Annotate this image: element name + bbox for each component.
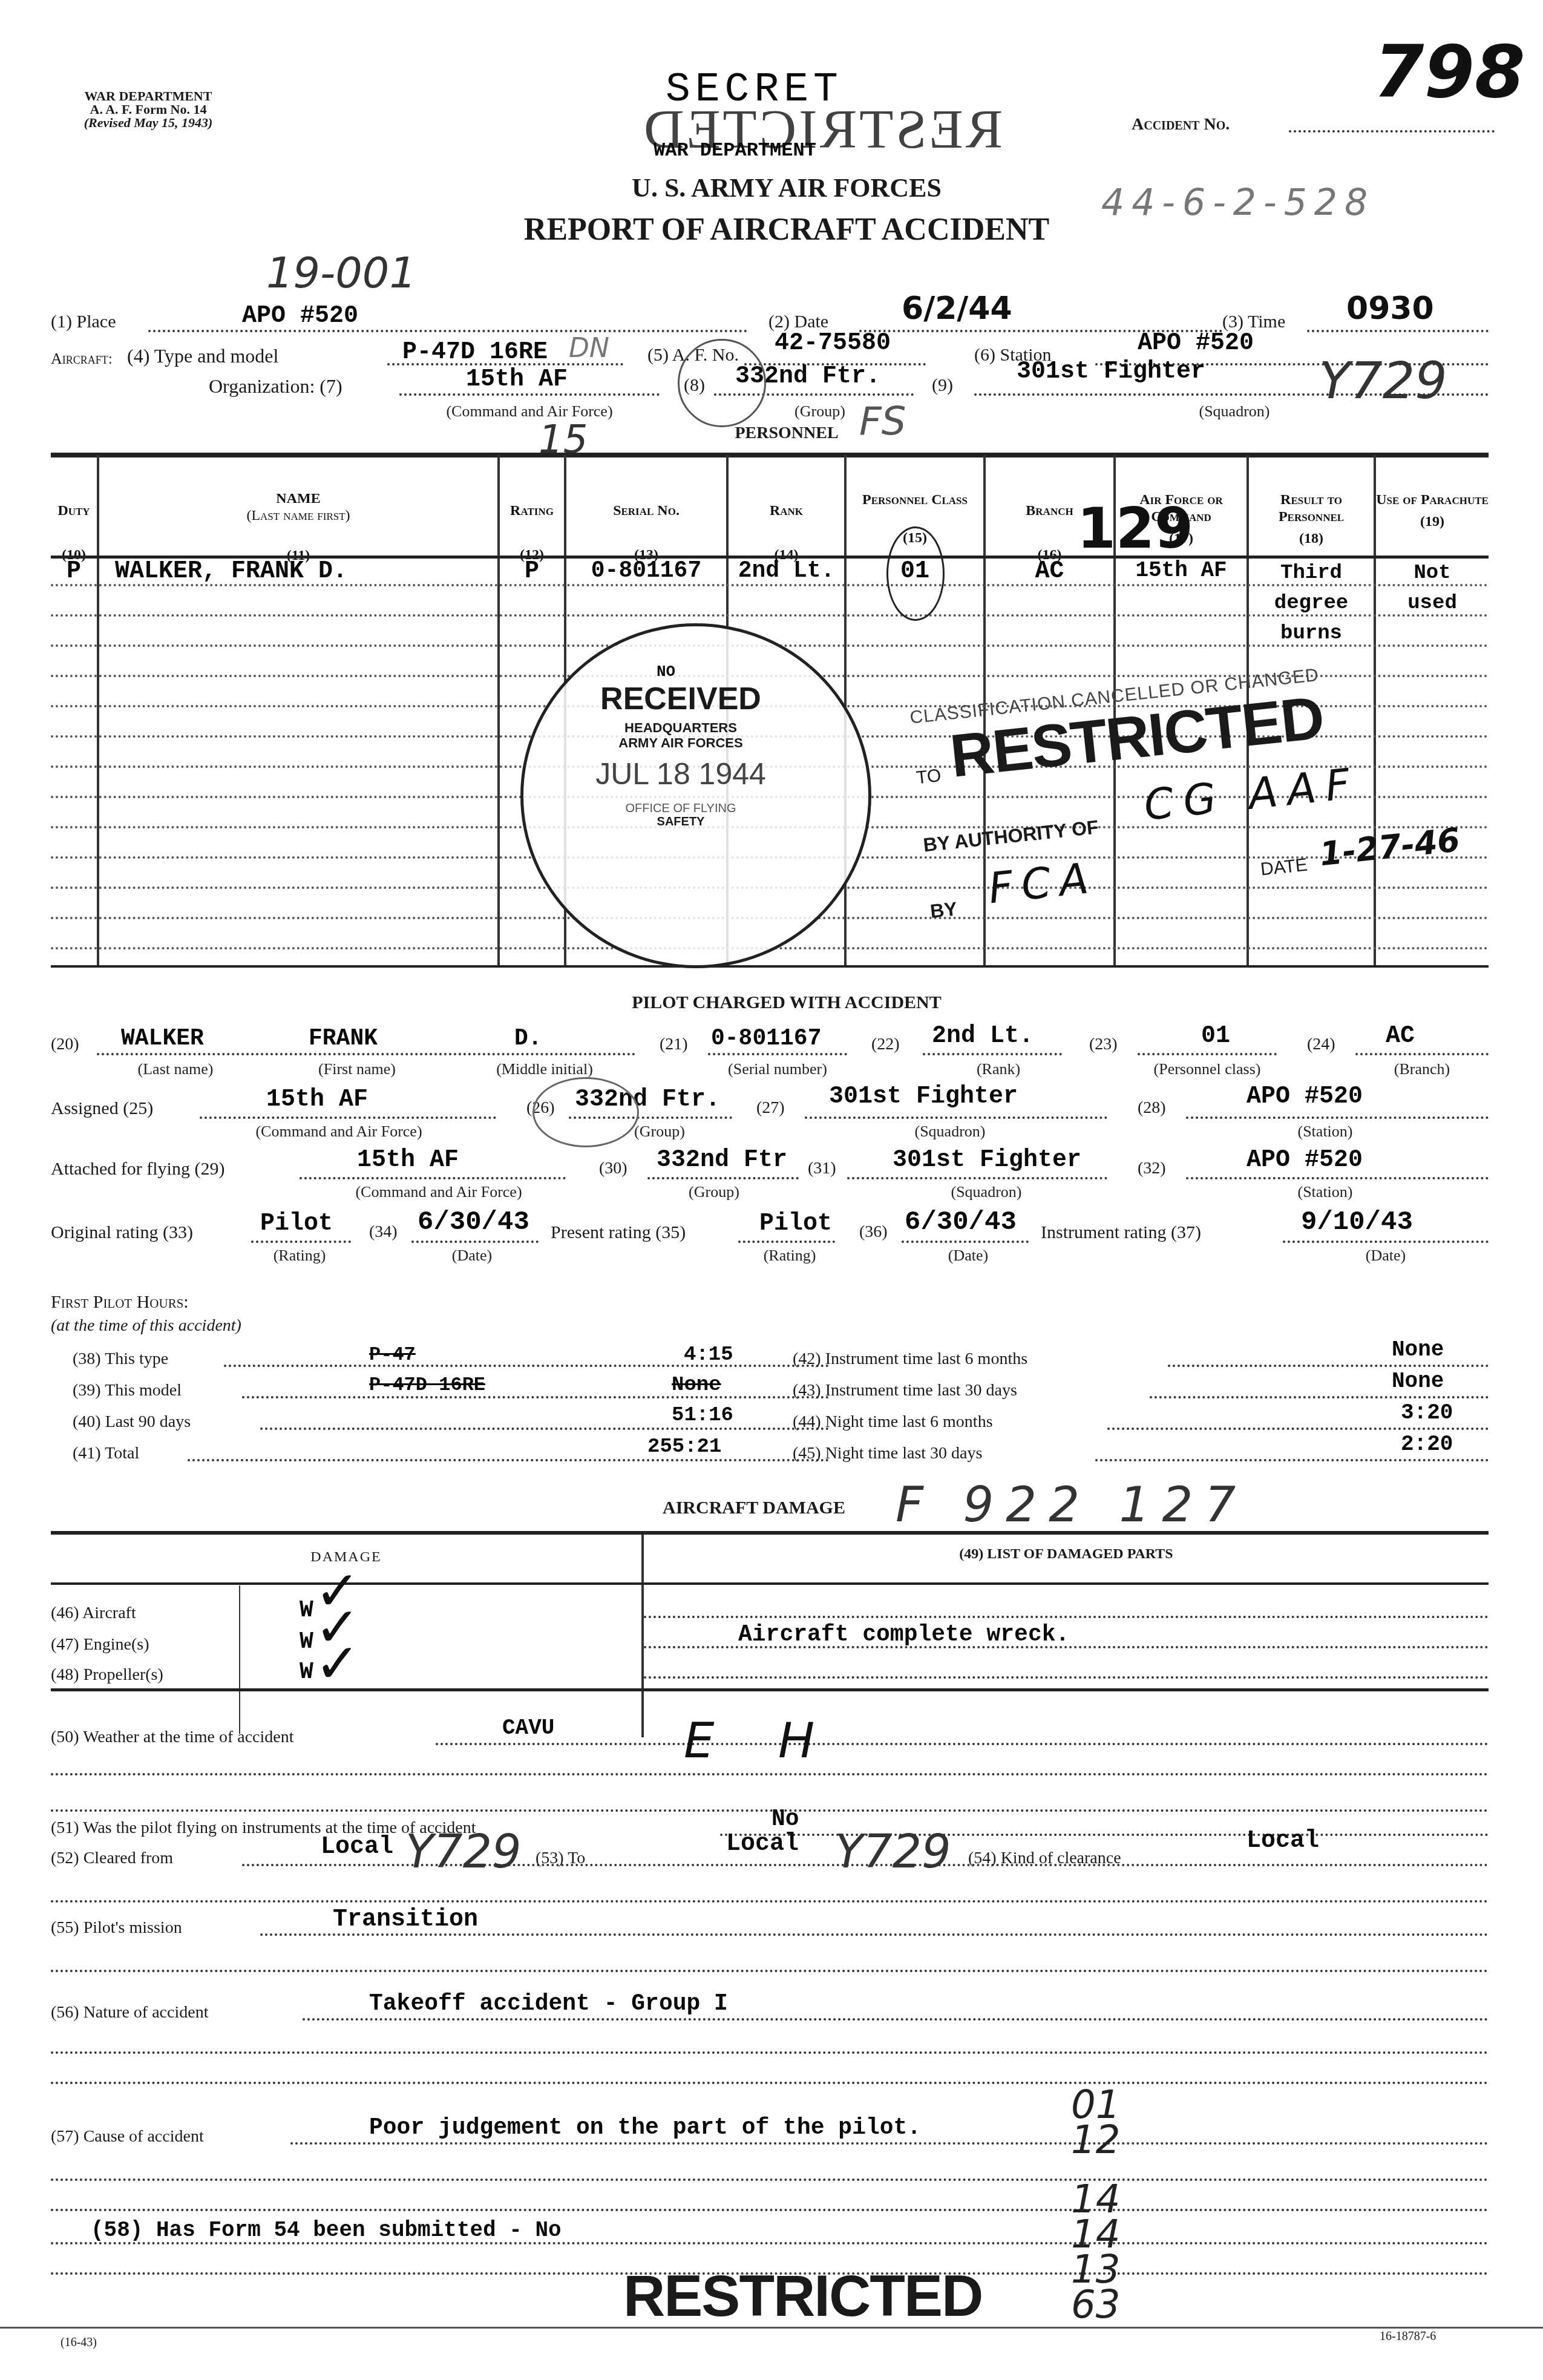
pilot-serial: 0-801167	[711, 1026, 821, 1052]
branch-line	[1355, 1053, 1489, 1055]
rank-caption: (Rank)	[962, 1060, 1035, 1078]
squadron-caption: (Squadron)	[1186, 402, 1283, 421]
assigned-squadron-line	[805, 1116, 1107, 1119]
attached-cmd-line	[300, 1177, 566, 1179]
squadron-value: 301st Fighter	[1017, 358, 1205, 385]
rank-line	[923, 1053, 1062, 1055]
item-34-label: (34)	[369, 1222, 398, 1242]
to-value: Local	[726, 1831, 799, 1858]
cell-rank: 2nd Lt.	[729, 558, 844, 584]
col-header-serial: Serial No.(13)	[566, 502, 726, 563]
declass-to-label: TO	[916, 765, 942, 788]
war-department-overstamp: WAR DEPARTMENT	[654, 139, 816, 162]
accident-no-line	[1289, 130, 1495, 133]
damaged-parts-text: Aircraft complete wreck.	[738, 1622, 1069, 1648]
item-36-label: (36)	[859, 1222, 888, 1242]
attached-group-caption: (Group)	[678, 1183, 750, 1201]
received-stamp: NO RECEIVED HEADQUARTERS ARMY AIR FORCES…	[520, 623, 871, 968]
orig-date-line	[411, 1241, 539, 1243]
date-value: 6/2/44	[902, 290, 1012, 327]
col-header-name: NAME(Last name first)(11)	[99, 490, 497, 564]
assigned-station-caption: (Station)	[1289, 1123, 1361, 1141]
squadron-label: (9)	[932, 375, 953, 396]
orig-rating-line	[251, 1241, 351, 1243]
personnel-section-title: PERSONNEL	[605, 424, 968, 443]
attached-group-line	[647, 1177, 799, 1179]
col-header-result: Result to Personnel(18)	[1249, 491, 1374, 547]
last-name-caption: (Last name)	[115, 1060, 236, 1078]
margin-note-handwritten: 19-001	[266, 248, 416, 298]
attached-group: 332nd Ftr	[657, 1147, 787, 1174]
damage-handwritten: F 922 127	[896, 1477, 1248, 1533]
damage-col	[239, 1585, 240, 1734]
original-rating-date: 6/30/43	[418, 1207, 529, 1238]
pilot-middle-initial: D.	[514, 1026, 542, 1052]
item-32-label: (32)	[1138, 1159, 1166, 1178]
cleared-from-code: Y729	[405, 1824, 521, 1878]
hours-value: None	[1392, 1369, 1444, 1394]
hours-value: None	[672, 1374, 721, 1397]
hours-label: (45) Night time last 30 days	[793, 1444, 982, 1463]
pclass-line	[1138, 1053, 1277, 1055]
weather-value: CAVU	[502, 1716, 554, 1740]
orig-rating-caption: (Rating)	[254, 1247, 345, 1265]
assigned-cmd-caption: (Command and Air Force)	[230, 1123, 448, 1141]
stamp-hq1: HEADQUARTERS	[560, 720, 802, 736]
assigned-command: 15th AF	[266, 1086, 368, 1113]
stamp-office2: SAFETY	[560, 815, 802, 829]
declass-authority-value: CG AAF	[1142, 758, 1362, 830]
hours-value: None	[1392, 1337, 1444, 1362]
item-24-label: (24)	[1307, 1035, 1335, 1054]
hours-value: 4:15	[684, 1343, 733, 1366]
item-23-label: (23)	[1089, 1035, 1118, 1054]
type-handwritten: DN	[569, 333, 609, 364]
mission-value: Transition	[333, 1906, 478, 1933]
original-rating: Pilot	[260, 1210, 333, 1238]
form-54-question: (58) Has Form 54 been submitted - No	[91, 2218, 562, 2243]
middle-initial-caption: (Middle initial)	[478, 1060, 611, 1078]
present-date-caption: (Date)	[932, 1247, 1004, 1265]
station-value: APO #520	[1138, 330, 1254, 357]
damage-item-mark: W	[300, 1629, 313, 1655]
organization-label: Organization: (7)	[209, 375, 342, 398]
attached-station-line	[1186, 1177, 1489, 1179]
damage-top-rule	[51, 1531, 1489, 1535]
item-21-label: (21)	[660, 1035, 688, 1054]
damage-item-label: (46) Aircraft	[51, 1604, 136, 1623]
attached-cmd-caption: (Command and Air Force)	[330, 1183, 548, 1201]
declass-by-value: FCA	[986, 853, 1099, 913]
hours-model: P-47D 16RE	[369, 1374, 485, 1396]
original-rating-label: Original rating (33)	[51, 1222, 193, 1243]
hours-label: (40) Last 90 days	[73, 1412, 191, 1432]
attached-squadron: 301st Fighter	[893, 1147, 1081, 1174]
attached-command: 15th AF	[357, 1147, 459, 1174]
to-code: Y729	[835, 1824, 951, 1878]
place-line	[148, 330, 747, 332]
group-circle-mark	[532, 1077, 639, 1147]
cell-result: Third degree burns	[1249, 558, 1374, 649]
organization-value: 15th AF	[466, 366, 568, 393]
declass-authority-label: BY AUTHORITY OF	[922, 816, 1099, 856]
stamp-date: JUL 18 1944	[548, 756, 814, 792]
damage-item-mark: W	[300, 1659, 313, 1685]
damage-header-rule	[51, 1582, 1489, 1585]
present-rating-line	[738, 1241, 835, 1243]
present-date-line	[902, 1241, 1029, 1243]
cell-duty: P	[51, 558, 97, 585]
nature-value: Takeoff accident - Group I	[369, 1991, 728, 2017]
branch-caption: (Branch)	[1386, 1060, 1458, 1078]
weather-label: (50) Weather at the time of accident	[51, 1728, 294, 1747]
class-circle-mark	[886, 526, 945, 621]
col-header-duty: Duty(10)	[51, 502, 97, 563]
damage-check-marks: ✓✓✓	[315, 1573, 360, 1682]
item-22-label: (22)	[871, 1035, 900, 1054]
cell-parachute: Not used	[1376, 558, 1489, 618]
serial-line	[708, 1053, 847, 1055]
hours-value: 51:16	[672, 1404, 733, 1427]
mission-label: (55) Pilot's mission	[51, 1918, 182, 1938]
hours-subtitle: (at the time of this accident)	[51, 1316, 241, 1336]
item-28-label: (28)	[1138, 1098, 1166, 1118]
time-line	[1307, 330, 1489, 332]
serial-caption: (Serial number)	[708, 1060, 847, 1078]
declass-by-label: BY	[929, 897, 958, 922]
cell-air-force: 15th AF	[1116, 558, 1247, 583]
organization-caption: (Command and Air Force)	[418, 402, 641, 421]
cause-value: Poor judgement on the part of the pilot.	[369, 2115, 921, 2141]
hours-label: (42) Instrument time last 6 months	[793, 1349, 1027, 1369]
assigned-cmd-line	[200, 1116, 496, 1119]
cleared-from-value: Local	[321, 1834, 393, 1861]
pilot-personnel-class: 01	[1201, 1023, 1230, 1050]
accident-no-value: 798	[1374, 30, 1525, 114]
footer-left-code: (16-43)	[61, 2336, 97, 2350]
clearance-label: (54) Kind of clearance	[968, 1849, 1121, 1868]
col-header-rating: Rating(12)	[500, 502, 564, 563]
hours-label: (41) Total	[73, 1444, 139, 1463]
damage-item-label: (48) Propeller(s)	[51, 1665, 163, 1685]
item-27-label: (27)	[756, 1098, 785, 1118]
declassification-stamp: CLASSIFICATION CANCELLED OR CHANGED TO R…	[908, 638, 1488, 949]
hours-value: 255:21	[647, 1435, 721, 1458]
cleared-from-label: (52) Cleared from	[51, 1849, 173, 1868]
agency-heading: U. S. ARMY AIR FORCES	[424, 172, 1150, 203]
date-label: (2) Date	[768, 312, 828, 332]
type-value: P-47D 16RE	[402, 339, 548, 366]
instrument-date-line	[1283, 1241, 1489, 1243]
stamp-office1: OFFICE OF FLYING	[560, 802, 802, 816]
page-title: REPORT OF AIRCRAFT ACCIDENT	[424, 212, 1150, 248]
instrument-rating-date: 9/10/43	[1301, 1207, 1413, 1238]
place-label: (1) Place	[51, 312, 116, 332]
file-no-handwritten: 44-6-2-528	[1101, 182, 1375, 224]
pclass-caption: (Personnel class)	[1138, 1060, 1277, 1078]
assigned-squadron: 301st Fighter	[829, 1083, 1018, 1110]
footer-right-code: 16-18787-6	[1380, 2330, 1436, 2344]
place-value: APO #520	[242, 303, 358, 330]
weather-handwritten: E H	[684, 1713, 839, 1769]
pilot-rank: 2nd Lt.	[932, 1023, 1034, 1050]
attached-station: APO #520	[1247, 1147, 1363, 1174]
item-31-label: (31)	[808, 1159, 836, 1178]
form-id-line: A. A. F. Form No. 14	[45, 103, 251, 116]
hours-label: (38) This type	[73, 1349, 168, 1369]
instrument-date-caption: (Date)	[1349, 1247, 1422, 1265]
col-header-rank: Rank(14)	[729, 502, 844, 563]
assigned-station-line	[1186, 1116, 1489, 1119]
group-caption: (Group)	[775, 402, 865, 421]
damage-bottom-rule	[51, 1688, 1489, 1691]
group-circle-mark	[678, 339, 766, 427]
orig-date-caption: (Date)	[436, 1247, 508, 1265]
attached-label: Attached for flying (29)	[51, 1159, 224, 1179]
assigned-squadron-caption: (Squadron)	[902, 1123, 998, 1141]
clearance-value: Local	[1247, 1828, 1319, 1855]
hours-model: P-47	[369, 1343, 416, 1366]
nature-label: (56) Nature of accident	[51, 2003, 208, 2022]
cell-name: WALKER, FRANK D.	[115, 558, 347, 585]
organization-line	[399, 393, 660, 396]
cell-branch: AC	[986, 558, 1113, 585]
damage-item-mark: W	[300, 1598, 313, 1624]
first-name-caption: (First name)	[296, 1060, 418, 1078]
form-id-line: WAR DEPARTMENT	[45, 90, 251, 103]
present-rating: Pilot	[759, 1210, 832, 1238]
right-margin-codes: 01 12 14 14 13 63	[1071, 2088, 1120, 2323]
stamp-no: NO	[657, 663, 675, 681]
item-20-label: (20)	[51, 1035, 79, 1054]
attached-squadron-line	[847, 1177, 1107, 1179]
assigned-station: APO #520	[1247, 1083, 1363, 1110]
time-value: 0930	[1346, 290, 1434, 327]
instrument-rating-label: Instrument rating (37)	[1041, 1222, 1201, 1243]
declass-date-label: DATE	[1259, 855, 1308, 880]
instruments-value: No	[771, 1806, 799, 1832]
af-no-value: 42-75580	[775, 330, 891, 357]
attached-station-caption: (Station)	[1289, 1183, 1361, 1201]
name-line	[97, 1053, 635, 1055]
handwritten-129: 129	[1077, 496, 1193, 561]
present-rating-label: Present rating (35)	[551, 1222, 686, 1243]
declass-date-value: 1-27-46	[1318, 821, 1462, 873]
form-id-line: (Revised May 15, 1943)	[45, 116, 251, 129]
personnel-bottom-rule	[51, 965, 1489, 968]
stamp-hq2: ARMY AIR FORCES	[560, 735, 802, 751]
form-identifier: WAR DEPARTMENT A. A. F. Form No. 14 (Rev…	[45, 90, 251, 129]
pilot-first-name: FRANK	[309, 1026, 378, 1052]
attached-squadron-caption: (Squadron)	[938, 1183, 1035, 1201]
personnel-top-rule	[51, 453, 1489, 457]
damage-item-label: (47) Engine(s)	[51, 1635, 149, 1654]
hours-label: (39) This model	[73, 1381, 182, 1400]
hours-title: First Pilot Hours:	[51, 1292, 189, 1313]
cause-label: (57) Cause of accident	[51, 2127, 204, 2146]
item-30-label: (30)	[599, 1159, 627, 1178]
restricted-footer-stamp: RESTRICTED	[623, 2263, 982, 2330]
hours-value: 2:20	[1401, 1432, 1453, 1457]
damage-divider	[641, 1535, 644, 1737]
assigned-label: Assigned (25)	[51, 1098, 153, 1119]
time-label: (3) Time	[1222, 312, 1285, 332]
present-rating-caption: (Rating)	[750, 1247, 829, 1265]
type-label: (4) Type and model	[127, 345, 278, 367]
pilot-charged-title: PILOT CHARGED WITH ACCIDENT	[484, 992, 1089, 1013]
to-label: (53) To	[536, 1849, 585, 1868]
pilot-last-name: WALKER	[121, 1026, 204, 1052]
accident-no-label: Accident No.	[1132, 115, 1230, 134]
code-handwritten: Y729	[1319, 351, 1447, 410]
cell-rating: P	[500, 558, 564, 585]
col-header-parachute: Use of Parachute(19)	[1376, 491, 1489, 530]
hours-value: 3:20	[1401, 1400, 1453, 1425]
stamp-received: RECEIVED	[560, 681, 802, 717]
hours-label: (44) Night time last 6 months	[793, 1412, 993, 1432]
hours-label: (43) Instrument time last 30 days	[793, 1381, 1017, 1400]
pilot-branch: AC	[1386, 1023, 1415, 1050]
aircraft-damage-title: AIRCRAFT DAMAGE	[663, 1498, 845, 1518]
footer-rule	[0, 2327, 1543, 2329]
present-rating-date: 6/30/43	[905, 1207, 1017, 1238]
cell-serial: 0-801167	[566, 558, 726, 584]
aircraft-label: Aircraft:	[51, 350, 113, 368]
damaged-parts-header: (49) LIST OF DAMAGED PARTS	[644, 1546, 1489, 1562]
